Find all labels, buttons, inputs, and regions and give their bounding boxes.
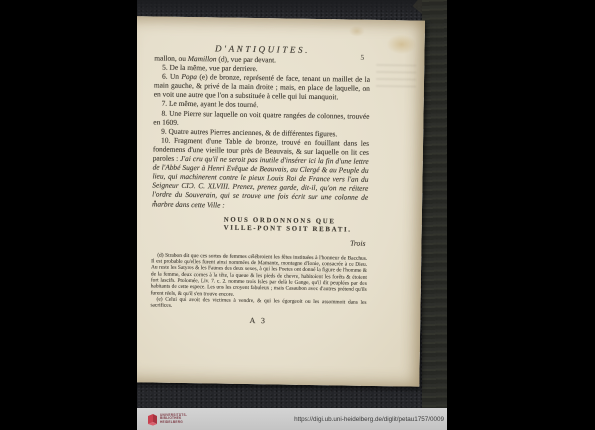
status-bar: UNIVERSITÄTS-BIBLIOTHEKHEIDELBERG https:…: [137, 408, 447, 430]
cover-edge: [422, 0, 447, 408]
bleedthrough-text: [376, 64, 416, 91]
book-page: D'ANTIQUITES. 5 mallon, ou Mamillon (d),…: [137, 16, 425, 387]
footnote: (e) Celui qui avoit des victimes à vendr…: [150, 296, 366, 312]
catchword: Trois: [151, 235, 367, 247]
page-body: mallon, ou Mamillon (d), vue par devant.…: [150, 53, 370, 326]
footnote: (d) Strabon dit que ces sortes de femmes…: [151, 252, 368, 299]
signature-mark: A 3: [150, 314, 366, 326]
scan-viewer: D'ANTIQUITES. 5 mallon, ou Mamillon (d),…: [0, 0, 595, 430]
footnotes: (d) Strabon dit que ces sortes de femmes…: [150, 252, 367, 312]
body-text: mallon, ou Mamillon (d), vue par devant.…: [152, 53, 370, 211]
body-paragraph: 10. Fragment d'une Table de bronze, trou…: [152, 135, 369, 211]
paper-stain: [349, 26, 365, 37]
logo-text: UNIVERSITÄTS-BIBLIOTHEKHEIDELBERG: [160, 414, 187, 425]
library-logo: UNIVERSITÄTS-BIBLIOTHEKHEIDELBERG: [147, 413, 187, 426]
paper-stain: [386, 34, 416, 54]
proclamation: NOUS ORDONNONS QUEVILLE-PONT SOIT REBATI…: [224, 216, 368, 235]
book-photo[interactable]: D'ANTIQUITES. 5 mallon, ou Mamillon (d),…: [137, 0, 447, 408]
logo-text-line: HEIDELBERG: [160, 421, 187, 425]
proclamation-line: VILLE-PONT SOIT REBATI.: [224, 225, 368, 236]
open-book-icon: [147, 413, 158, 426]
body-paragraph: 6. Un Popa (e) de bronze, représenté de …: [154, 72, 370, 103]
viewer-url: https://digi.ub.uni-heidelberg.de/diglit…: [294, 416, 444, 423]
